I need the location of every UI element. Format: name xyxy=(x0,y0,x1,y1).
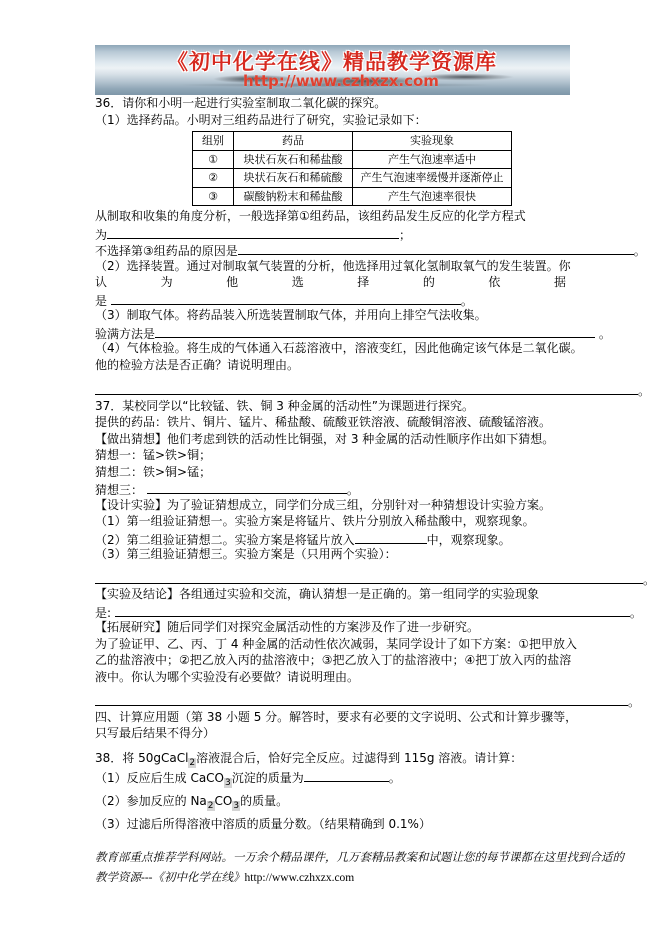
text: （1）反应后生成 CaCO xyxy=(95,771,224,785)
page-footer: 教育部重点推荐学科网站。一万余个精品课件，几万套精品教案和试题让您的每节课都在这… xyxy=(95,848,575,888)
subscript: 2 xyxy=(188,758,196,768)
text: 选 xyxy=(292,274,304,291)
answer-blank xyxy=(111,291,461,305)
answer-blank xyxy=(95,381,638,395)
q37-answer-line-2: 。 xyxy=(95,692,655,709)
table-row: ② 块状石灰石和稀硫酸 产生气泡速率缓慢并逐渐停止 xyxy=(193,169,512,188)
answer-blank xyxy=(95,570,643,584)
answer-blank xyxy=(115,603,630,617)
text: 。 xyxy=(638,384,650,398)
footer-line2: 教学资源---《初中化学在线》http://www.czhxzx.com xyxy=(95,868,575,888)
banner-image: 《初中化学在线》精品教学资源库 http://www.czhxzx.com xyxy=(95,45,570,95)
text: ； xyxy=(399,228,411,242)
q36-analysis-line3: 不选择第③组药品的原因是。 xyxy=(95,241,655,258)
q36-item3: （3）制取气体。将药品装入所选装置制取气体，并用向上排空气法收集。 xyxy=(95,307,655,324)
q37-guess3: 猜想三： 。 xyxy=(95,480,655,497)
text: 38．将 50gCaCl xyxy=(95,751,188,765)
table-cell: ③ xyxy=(193,187,234,206)
answer-blank xyxy=(147,480,347,494)
text: 。 xyxy=(461,294,473,308)
answer-blank xyxy=(107,225,399,239)
text: 为 xyxy=(161,274,173,291)
table-cell: 块状石灰石和稀盐酸 xyxy=(234,150,353,169)
text: 不选择第③组药品的原因是 xyxy=(95,244,238,258)
table-row: ① 块状石灰石和稀盐酸 产生气泡速率适中 xyxy=(193,150,512,169)
table-header-group: 组别 xyxy=(193,132,234,151)
exam-page: 《初中化学在线》精品教学资源库 http://www.czhxzx.com 36… xyxy=(95,45,655,834)
q38-item3: （3）过滤后所得溶液中溶质的质量分数。（结果精确到 0.1%） xyxy=(95,814,655,834)
q37-extend-intro: 【拓展研究】随后同学们对探究金属活动性的方案涉及作了进一步研究。 xyxy=(95,619,655,636)
text: 择 xyxy=(357,274,369,291)
q37-result-line2: 是: 。 xyxy=(95,603,655,620)
q37-design1: （1）第一组验证猜想一。实验方案是将锰片、铁片分别放入稀盐酸中，观察现象。 xyxy=(95,513,655,530)
text: 是 xyxy=(95,294,111,308)
text: 为 xyxy=(95,228,107,242)
banner-url-text: http://www.czhxzx.com xyxy=(243,72,439,90)
text: 是: xyxy=(95,606,115,620)
q36-item2-line3: 是 。 xyxy=(95,291,655,308)
q36-item4-line1: （4）气体检验。将生成的气体通入石蕊溶液中，溶液变红，因此他确定该气体是二氧化碳… xyxy=(95,340,655,357)
q37-result-line1: 【实验及结论】各组通过实验和交流，确认猜想一是正确的。第一组同学的实验现象 xyxy=(95,586,655,603)
q36-check-line: 验满方法是 。 xyxy=(95,324,655,341)
table-cell: 产生气泡速率很快 xyxy=(353,187,512,206)
text: 溶液混合后，恰好完全反应。过滤得到 115g 溶液。请计算： xyxy=(196,751,522,765)
table-cell: 产生气泡速率适中 xyxy=(353,150,512,169)
q36-item1: （1）选择药品。小明对三组药品进行了研究，实验记录如下： xyxy=(95,112,655,129)
section4-heading-line1: 四、计算应用题（第 38 小题 5 分。解答时，要求有必要的文字说明、公式和计算… xyxy=(95,709,655,726)
q37-answer-line-1: 。 xyxy=(95,570,655,587)
text: 他 xyxy=(226,274,238,291)
question-37-title: 37．某校同学以“比较锰、铁、铜 3 种金属的活动性”为课题进行探究。 xyxy=(95,398,655,415)
subscript: 2 xyxy=(207,801,215,811)
q37-design2: （2）第二组验证猜想二。实验方案是将锰片放入中，观察现象。 xyxy=(95,530,655,547)
text: 据 xyxy=(554,274,566,291)
q37-guess-intro: 【做出猜想】他们考虑到铁的活动性比铜强，对 3 种金属的活动性顺序作出如下猜想。 xyxy=(95,431,655,448)
text: 。 xyxy=(643,573,655,587)
q38-item2: （2）参加反应的 Na2CO3的质量。 xyxy=(95,791,655,811)
table-header-row: 组别 药品 实验现象 xyxy=(193,132,512,151)
text: 依 xyxy=(488,274,500,291)
question-36-title: 36．请你和小明一起进行实验室制取二氧化碳的探究。 xyxy=(95,95,655,112)
text: CO xyxy=(215,794,233,808)
text: 教学资源---《初中化学在线》 xyxy=(95,872,245,884)
table-cell: ② xyxy=(193,169,234,188)
q37-design-intro: 【设计实验】为了验证猜想成立，同学们分成三组，分别针对一种猜想设计实验方案。 xyxy=(95,497,655,514)
q36-item4-line2: 他的检验方法是否正确？请说明理由。 xyxy=(95,357,655,374)
text: 。 xyxy=(595,327,611,341)
q37-extend-line2: 乙的盐溶液中；②把乙放入丙的盐溶液中；③把乙放入丁的盐溶液中；④把丁放入丙的盐溶 xyxy=(95,652,655,669)
table-cell: 产生气泡速率缓慢并逐渐停止 xyxy=(353,169,512,188)
text: 。 xyxy=(634,244,646,258)
answer-blank xyxy=(304,768,389,782)
q37-extend-line3: 液中。你认为哪个实验没有必要做？请说明理由。 xyxy=(95,669,655,686)
table-cell: 碳酸钠粉末和稀盐酸 xyxy=(234,187,353,206)
text: 沉淀的质量为 xyxy=(232,771,304,785)
text: （2）参加反应的 Na xyxy=(95,794,207,808)
text: 的质量。 xyxy=(240,794,288,808)
table-row: ③ 碳酸钠粉末和稀盐酸 产生气泡速率很快 xyxy=(193,187,512,206)
subscript: 3 xyxy=(224,778,232,788)
q36-analysis-line1: 从制取和收集的角度分析，一般选择第①组药品，该组药品发生反应的化学方程式 xyxy=(95,208,655,225)
q38-item1: （1）反应后生成 CaCO3沉淀的质量为。 xyxy=(95,768,655,788)
q37-design3: （3）第三组验证猜想三。实验方案是（只用两个实验）： xyxy=(95,546,655,563)
question-38-title: 38．将 50gCaCl2溶液混合后，恰好完全反应。过滤得到 115g 溶液。请… xyxy=(95,748,655,768)
text: 。 xyxy=(630,606,642,620)
subscript: 3 xyxy=(232,801,240,811)
q36-item2-line1: （2）选择装置。通过对制取氧气装置的分析，他选择用过氧化氢制取氧气的发生装置。你 xyxy=(95,258,655,275)
q37-extend-line1: 为了验证甲、乙、丙、丁 4 种金属的活动性依次减弱，某同学设计了如下方案：①把甲… xyxy=(95,636,655,653)
text: 认 xyxy=(95,274,107,291)
q36-analysis-line2: 为； xyxy=(95,225,655,242)
table-header-phenomenon: 实验现象 xyxy=(353,132,512,151)
text: 。 xyxy=(347,483,359,497)
q36-answer-line: 。 xyxy=(95,381,655,398)
text: 。 xyxy=(628,695,640,709)
table-header-reagents: 药品 xyxy=(234,132,353,151)
text: 的 xyxy=(423,274,435,291)
q36-item2-line2-justified: 认为他选择的依据 xyxy=(95,274,566,291)
footer-line1: 教育部重点推荐学科网站。一万余个精品课件，几万套精品教案和试题让您的每节课都在这… xyxy=(95,848,575,868)
text: 验满方法是 xyxy=(95,327,155,341)
table-cell: ① xyxy=(193,150,234,169)
answer-blank xyxy=(355,530,427,544)
table-cell: 块状石灰石和稀硫酸 xyxy=(234,169,353,188)
text: 。 xyxy=(389,771,401,785)
text: （2）第二组验证猜想二。实验方案是将锰片放入 xyxy=(95,533,355,547)
text: 中，观察现象。 xyxy=(427,533,511,547)
section4-heading-line2: 只写最后结果不得分） xyxy=(95,725,655,742)
q37-supplies: 提供的药品：铁片、铜片、锰片、稀盐酸、硫酸亚铁溶液、硫酸铜溶液、硫酸锰溶液。 xyxy=(95,414,655,431)
q37-guess2: 猜想二：铁>铜>锰； xyxy=(95,464,655,481)
experiment-table: 组别 药品 实验现象 ① 块状石灰石和稀盐酸 产生气泡速率适中 ② 块状石灰石和… xyxy=(192,131,512,206)
text: 猜想三： xyxy=(95,483,147,497)
footer-url-link[interactable]: http://www.czhxzx.com xyxy=(245,872,355,884)
answer-blank xyxy=(95,692,628,706)
answer-blank xyxy=(238,241,634,255)
answer-blank xyxy=(155,324,595,338)
q37-guess1: 猜想一：锰>铁>铜； xyxy=(95,447,655,464)
